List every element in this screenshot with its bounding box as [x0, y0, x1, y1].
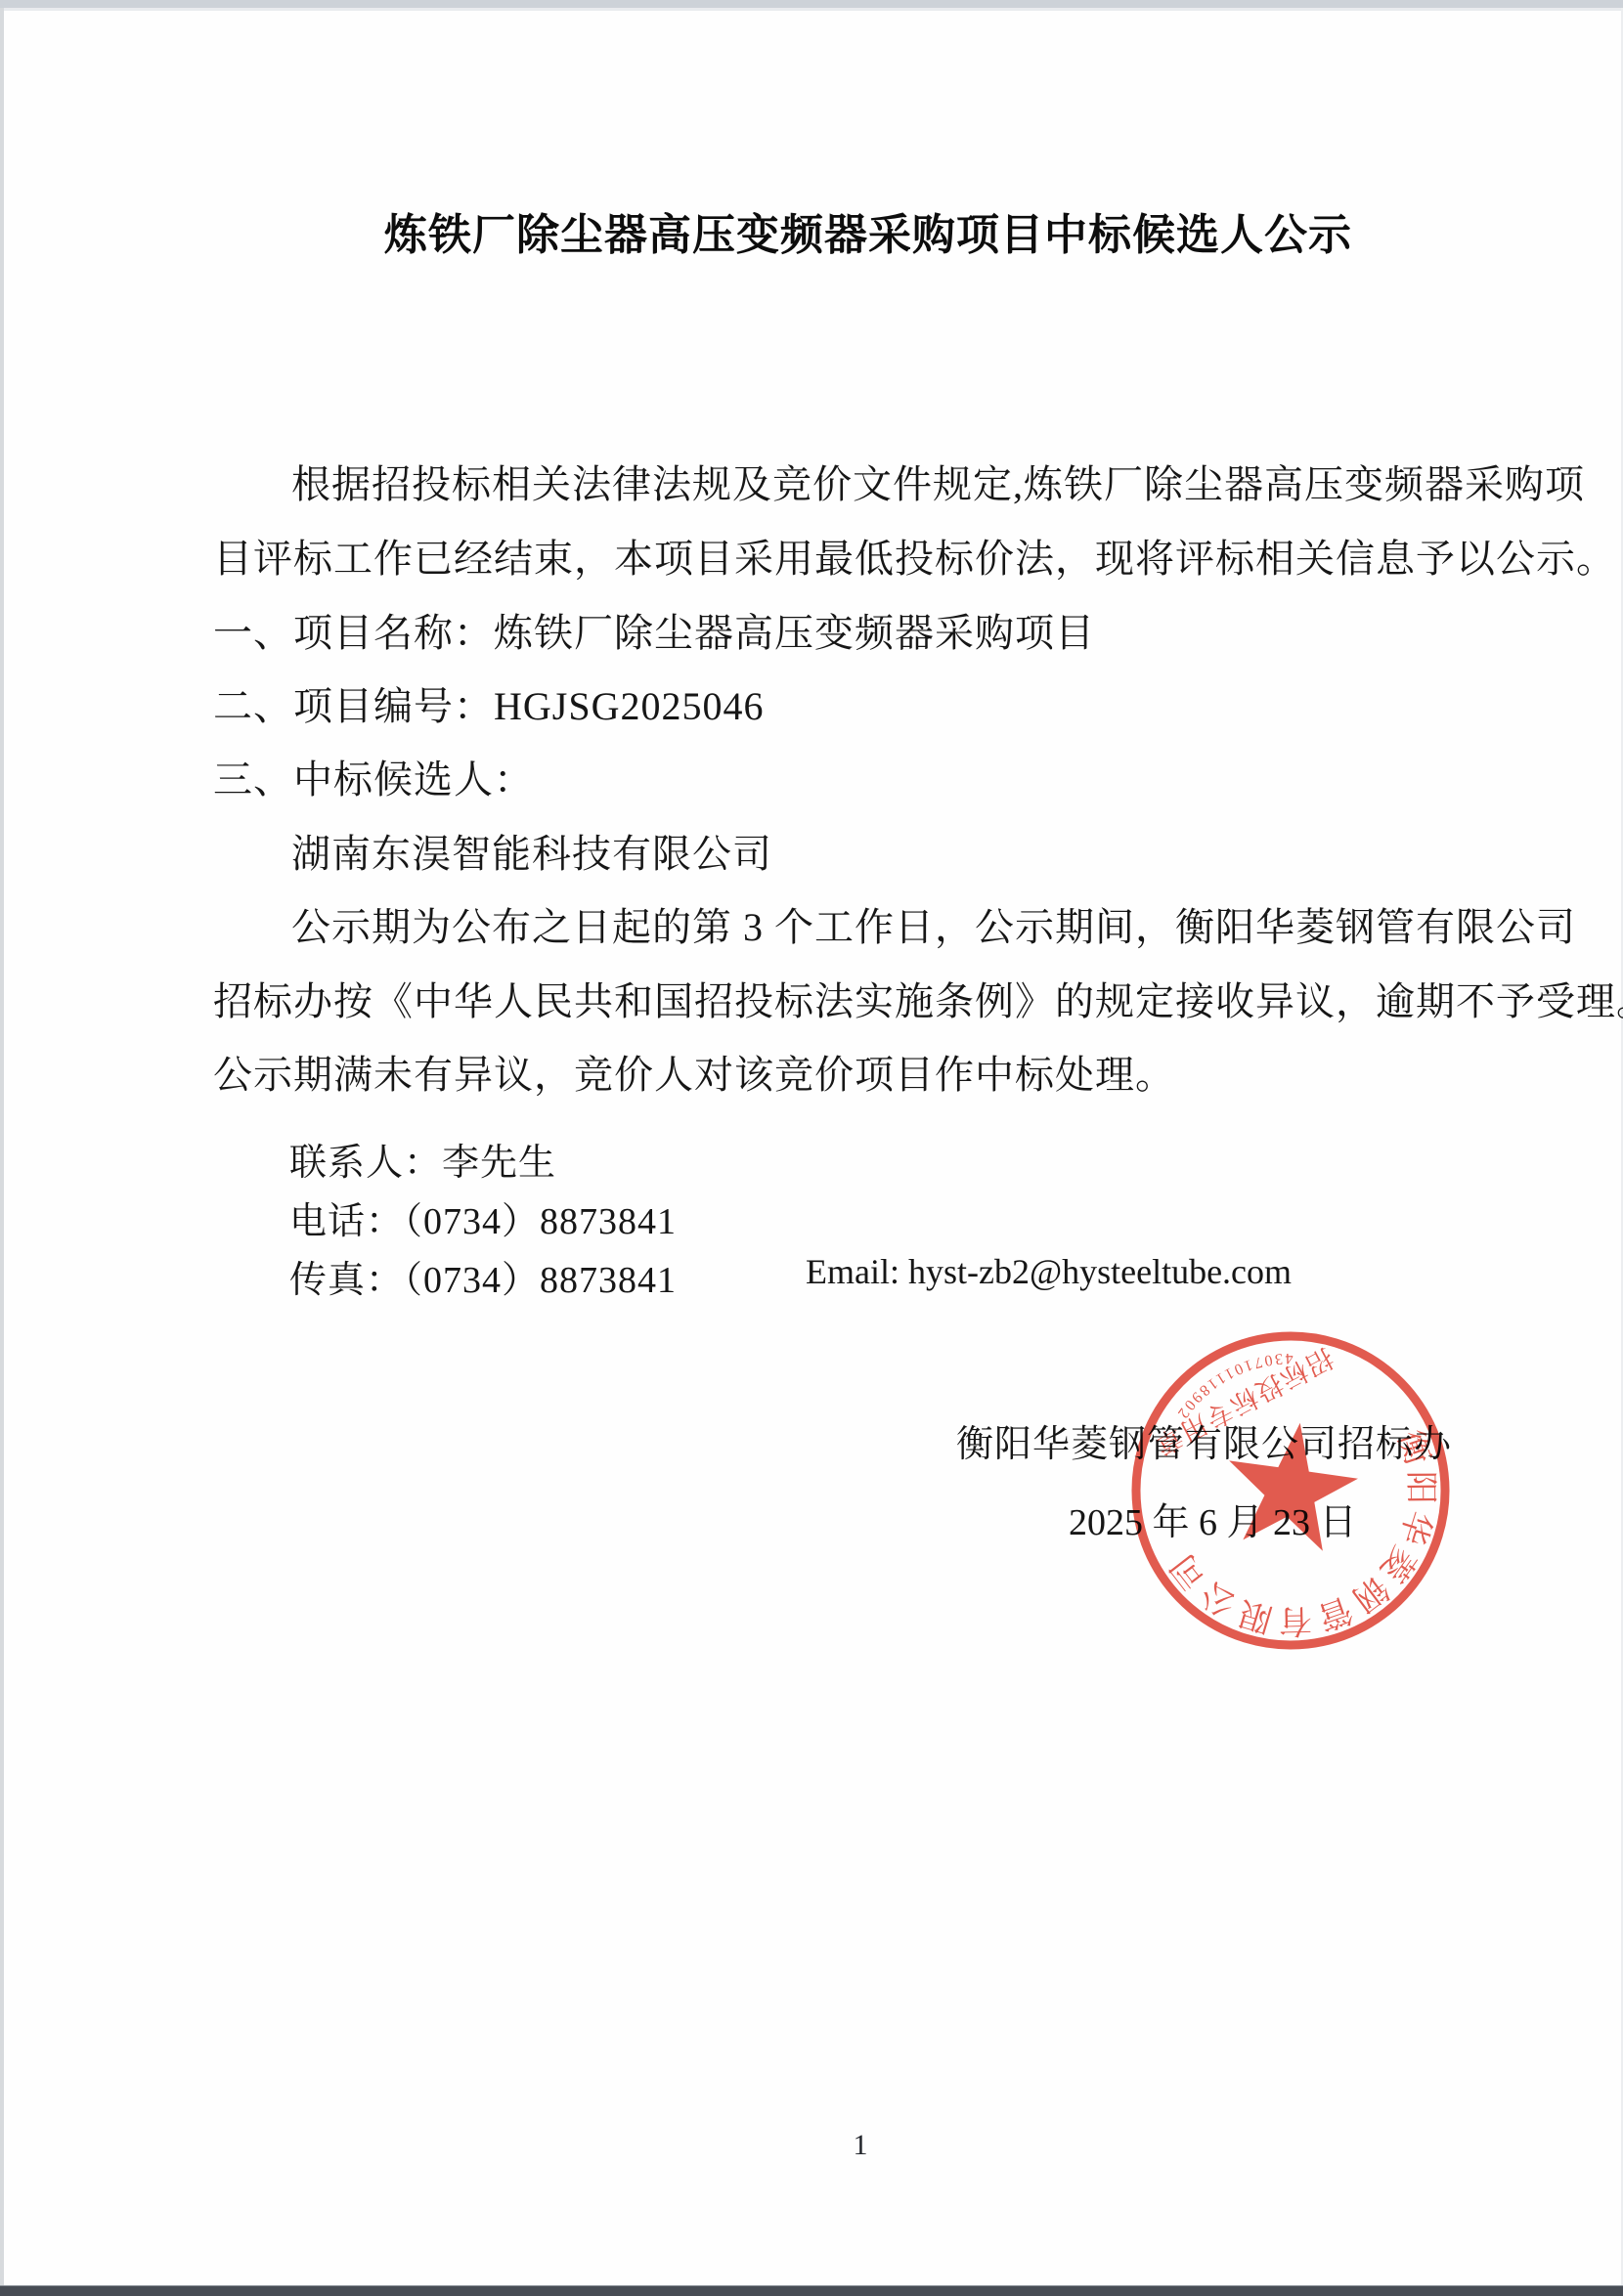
contact-fax: 传真：（0734）8873841	[289, 1249, 677, 1303]
signature-date: 2025 年 6 月 23 日	[1069, 1492, 1357, 1545]
body-line-project-number: 二、项目编号：HGJSG2025046	[213, 675, 764, 731]
official-seal-stamp: 衡阳华菱钢管有限公司 4307101118902 招标投标专用章	[1085, 1285, 1496, 1696]
signature-organization: 衡阳华菱钢管有限公司招标办	[956, 1413, 1452, 1467]
contact-phone: 电话：（0734）8873841	[289, 1191, 677, 1244]
body-line: 公示期满未有异议，竞价人对该竞价项目作中标处理。	[213, 1044, 1175, 1100]
body-line-candidate-label: 三、中标候选人：	[213, 749, 534, 804]
page-number: 1	[724, 2129, 997, 2162]
body-line: 目评标工作已经结束，本项目采用最低投标价法，现将评标相关信息予以公示。	[213, 528, 1616, 584]
body-line-candidate-name: 湖南东淏智能科技有限公司	[291, 823, 772, 879]
document-title: 炼铁厂除尘器高压变频器采购项目中标候选人公示	[125, 199, 1611, 262]
contact-person: 联系人：李先生	[289, 1132, 556, 1186]
body-line: 根据招投标相关法律法规及竞价文件规定,炼铁厂除尘器高压变频器采购项	[291, 454, 1585, 509]
scan-edge-top	[0, 0, 1623, 8]
scan-edge-bottom	[0, 2285, 1623, 2296]
body-line: 招标办按《中华人民共和国招投标法实施条例》的规定接收异议，逾期不予受理。	[213, 971, 1623, 1026]
body-line-project-name: 一、项目名称：炼铁厂除尘器高压变频器采购项目	[213, 602, 1095, 658]
scan-edge-left	[0, 8, 4, 2296]
scan-edge-top-fade	[0, 8, 1623, 11]
scanned-document-page: 炼铁厂除尘器高压变频器采购项目中标候选人公示 根据招投标相关法律法规及竞价文件规…	[0, 0, 1623, 2296]
seal-ring	[1085, 1285, 1496, 1696]
body-line: 公示期为公布之日起的第 3 个工作日，公示期间，衡阳华菱钢管有限公司	[291, 896, 1576, 952]
contact-email: Email: hyst-zb2@hysteeltube.com	[806, 1251, 1292, 1292]
